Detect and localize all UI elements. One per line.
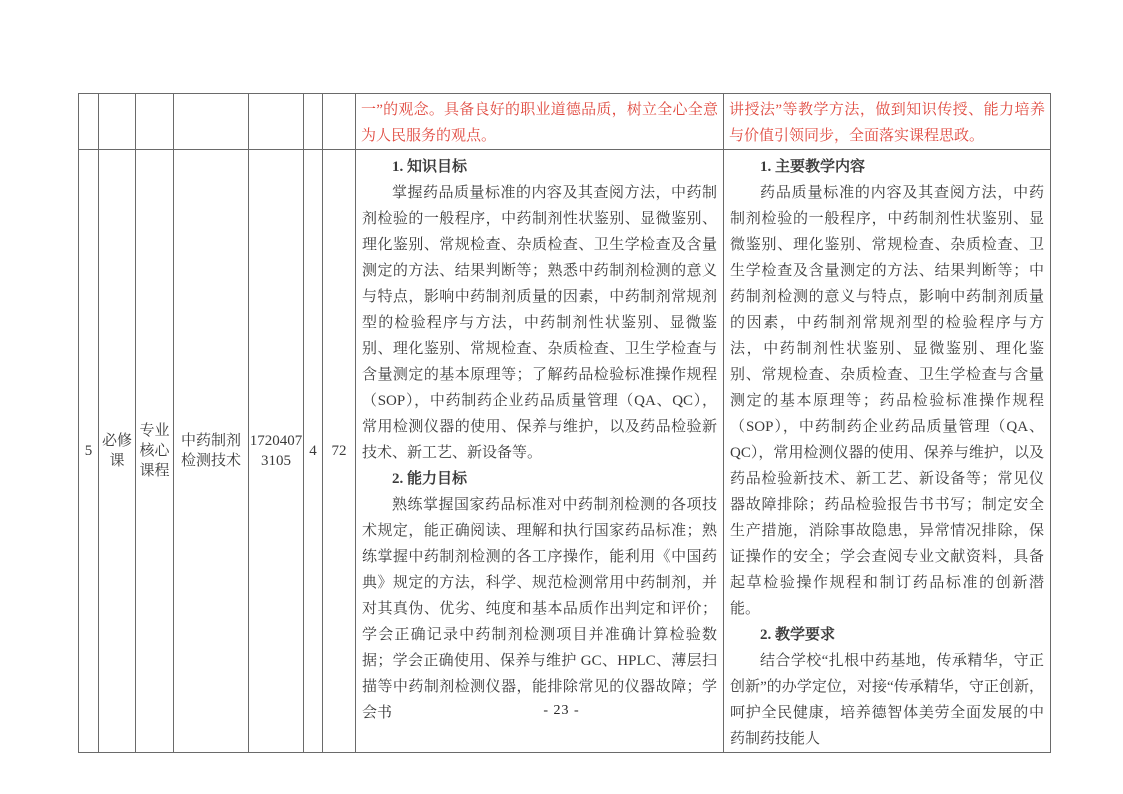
continuation-row: 一”的观念。具备良好的职业道德品质，树立全心全意为人民服务的观点。 讲授法”等教… xyxy=(79,94,1051,150)
course-type-cell: 必修课 xyxy=(99,150,136,753)
objectives-cell: 1. 知识目标 掌握药品质量标准的内容及其查阅方法，中药制剂检验的一般程序，中药… xyxy=(356,150,724,753)
teaching-continuation-text: 讲授法”等教学方法，做到知识传授、能力培养与价值引领同步，全面落实课程思政。 xyxy=(724,94,1050,149)
hours-cell: 72 xyxy=(323,150,356,753)
objectives-continuation-text: 一”的观念。具备良好的职业道德品质，树立全心全意为人民服务的观点。 xyxy=(356,94,723,149)
empty-cell xyxy=(304,94,323,150)
teaching-content: 1. 主要教学内容 药品质量标准的内容及其查阅方法，中药制剂检验的一般程序，中药… xyxy=(724,150,1050,752)
objectives-knowledge-heading: 1. 知识目标 xyxy=(362,154,717,180)
teaching-requirements-text: 结合学校“扎根中药基地，传承精华，守正创新”的办学定位，对接“传承精华，守正创新… xyxy=(730,648,1044,752)
seq-cell: 5 xyxy=(79,150,99,753)
document-page: 一”的观念。具备良好的职业道德品质，树立全心全意为人民服务的观点。 讲授法”等教… xyxy=(0,0,1123,794)
course-row: 5 必修课 专业核心课程 中药制剂检测技术 17204073105 4 72 1… xyxy=(79,150,1051,753)
page-number: - 23 - xyxy=(0,703,1123,719)
empty-cell xyxy=(323,94,356,150)
course-code-cell: 17204073105 xyxy=(249,150,304,753)
course-table: 一”的观念。具备良好的职业道德品质，树立全心全意为人民服务的观点。 讲授法”等教… xyxy=(78,93,1051,753)
objectives-continuation-cell: 一”的观念。具备良好的职业道德品质，树立全心全意为人民服务的观点。 xyxy=(356,94,724,150)
empty-cell xyxy=(99,94,136,150)
objectives-knowledge-text: 掌握药品质量标准的内容及其查阅方法，中药制剂检验的一般程序，中药制剂性状鉴别、显… xyxy=(362,180,717,466)
course-category-cell: 专业核心课程 xyxy=(136,150,174,753)
objectives-content: 1. 知识目标 掌握药品质量标准的内容及其查阅方法，中药制剂检验的一般程序，中药… xyxy=(356,150,723,726)
objectives-ability-heading: 2. 能力目标 xyxy=(362,466,717,492)
teaching-content-text: 药品质量标准的内容及其查阅方法，中药制剂检验的一般程序，中药制剂性状鉴别、显微鉴… xyxy=(730,180,1044,622)
empty-cell xyxy=(249,94,304,150)
empty-cell xyxy=(174,94,249,150)
teaching-continuation-cell: 讲授法”等教学方法，做到知识传授、能力培养与价值引领同步，全面落实课程思政。 xyxy=(724,94,1051,150)
teaching-cell: 1. 主要教学内容 药品质量标准的内容及其查阅方法，中药制剂检验的一般程序，中药… xyxy=(724,150,1051,753)
empty-cell xyxy=(136,94,174,150)
teaching-requirements-heading: 2. 教学要求 xyxy=(730,622,1044,648)
credits-cell: 4 xyxy=(304,150,323,753)
course-name-cell: 中药制剂检测技术 xyxy=(174,150,249,753)
teaching-content-heading: 1. 主要教学内容 xyxy=(730,154,1044,180)
objectives-ability-text: 熟练掌握国家药品标准对中药制剂检测的各项技术规定，能正确阅读、理解和执行国家药品… xyxy=(362,492,717,726)
empty-cell xyxy=(79,94,99,150)
